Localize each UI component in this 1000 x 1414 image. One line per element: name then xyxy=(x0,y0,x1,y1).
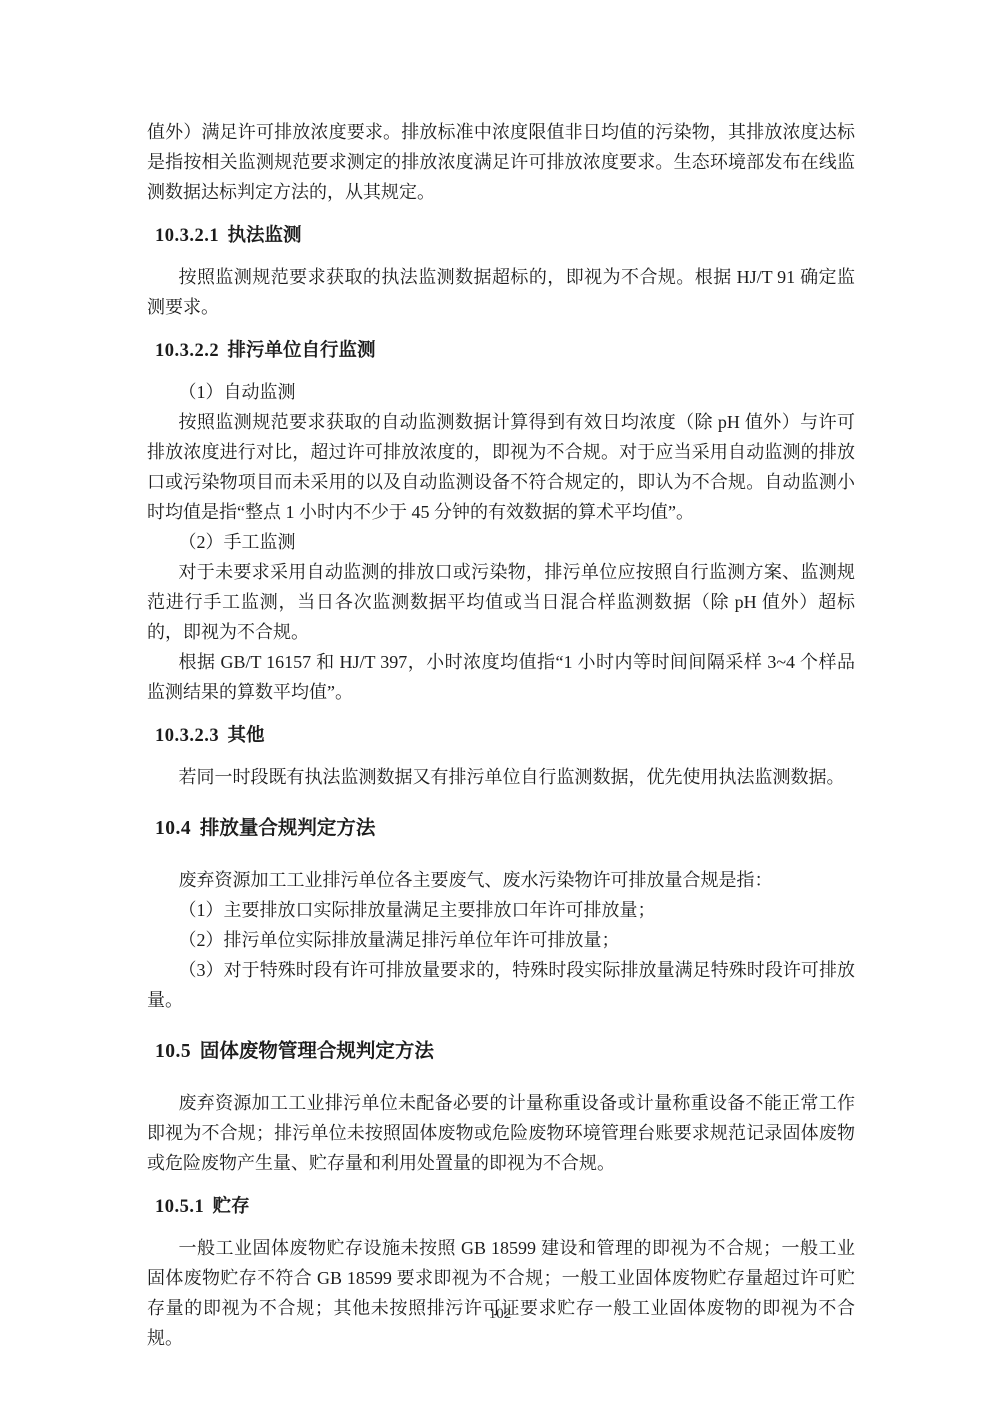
section-heading-10-3-2-1: 10.3.2.1执法监测 xyxy=(147,221,855,250)
list-item-3: （3）对于特殊时段有许可排放量要求的，特殊时段实际排放量满足特殊时段许可排放量。 xyxy=(147,955,855,1015)
section-heading-10-3-2-2: 10.3.2.2排污单位自行监测 xyxy=(147,336,855,365)
paragraph-manual-monitoring: 对于未要求采用自动监测的排放口或污染物，排污单位应按照自行监测方案、监测规范进行… xyxy=(147,557,855,647)
section-heading-10-3-2-3: 10.3.2.3其他 xyxy=(147,721,855,750)
section-title: 排放量合规判定方法 xyxy=(200,817,376,839)
section-title: 排污单位自行监测 xyxy=(227,339,375,360)
list-item-manual-monitoring-label: （2）手工监测 xyxy=(147,527,855,557)
paragraph-hourly-average: 根据 GB/T 16157 和 HJ/T 397，小时浓度均值指“1 小时内等时… xyxy=(147,647,855,707)
page-body-text: 值外）满足许可排放浓度要求。排放标准中浓度限值非日均值的污染物，其排放浓度达标是… xyxy=(147,117,855,1353)
list-item-2: （2）排污单位实际排放量满足排污单位年许可排放量； xyxy=(147,925,855,955)
section-number: 10.3.2.3 xyxy=(155,726,219,746)
paragraph-auto-monitoring: 按照监测规范要求获取的自动监测数据计算得到有效日均浓度（除 pH 值外）与许可排… xyxy=(147,407,855,527)
section-number: 10.5 xyxy=(155,1041,191,1062)
section-title: 执法监测 xyxy=(227,224,301,245)
continuation-paragraph: 值外）满足许可排放浓度要求。排放标准中浓度限值非日均值的污染物，其排放浓度达标是… xyxy=(147,117,855,207)
paragraph-other: 若同一时段既有执法监测数据又有排污单位自行监测数据，优先使用执法监测数据。 xyxy=(147,762,855,792)
document-page: { "page": { "number": "102" }, "blocks":… xyxy=(0,0,1000,1414)
section-number: 10.3.2.2 xyxy=(155,341,219,361)
section-title: 贮存 xyxy=(213,1195,250,1216)
section-heading-10-5-1: 10.5.1贮存 xyxy=(147,1192,855,1221)
section-title: 固体废物管理合规判定方法 xyxy=(200,1040,434,1062)
paragraph-solid-waste-management: 废弃资源加工工业排污单位未配备必要的计量称重设备或计量称重设备不能正常工作即视为… xyxy=(147,1088,855,1178)
section-heading-10-4: 10.4排放量合规判定方法 xyxy=(147,814,855,843)
list-item-auto-monitoring-label: （1）自动监测 xyxy=(147,377,855,407)
list-item-1: （1）主要排放口实际排放量满足主要排放口年许可排放量； xyxy=(147,895,855,925)
section-number: 10.3.2.1 xyxy=(155,226,219,246)
section-number: 10.4 xyxy=(155,818,191,839)
paragraph-enforcement-monitoring: 按照监测规范要求获取的执法监测数据超标的，即视为不合规。根据 HJ/T 91 确… xyxy=(147,262,855,322)
paragraph-storage: 一般工业固体废物贮存设施未按照 GB 18599 建设和管理的即视为不合规；一般… xyxy=(147,1233,855,1353)
section-number: 10.5.1 xyxy=(155,1197,204,1217)
section-heading-10-5: 10.5固体废物管理合规判定方法 xyxy=(147,1037,855,1066)
paragraph-emission-compliance-intro: 废弃资源加工工业排污单位各主要废气、废水污染物许可排放量合规是指： xyxy=(147,865,855,895)
section-title: 其他 xyxy=(227,724,264,745)
page-number: 102 xyxy=(0,1306,1000,1323)
